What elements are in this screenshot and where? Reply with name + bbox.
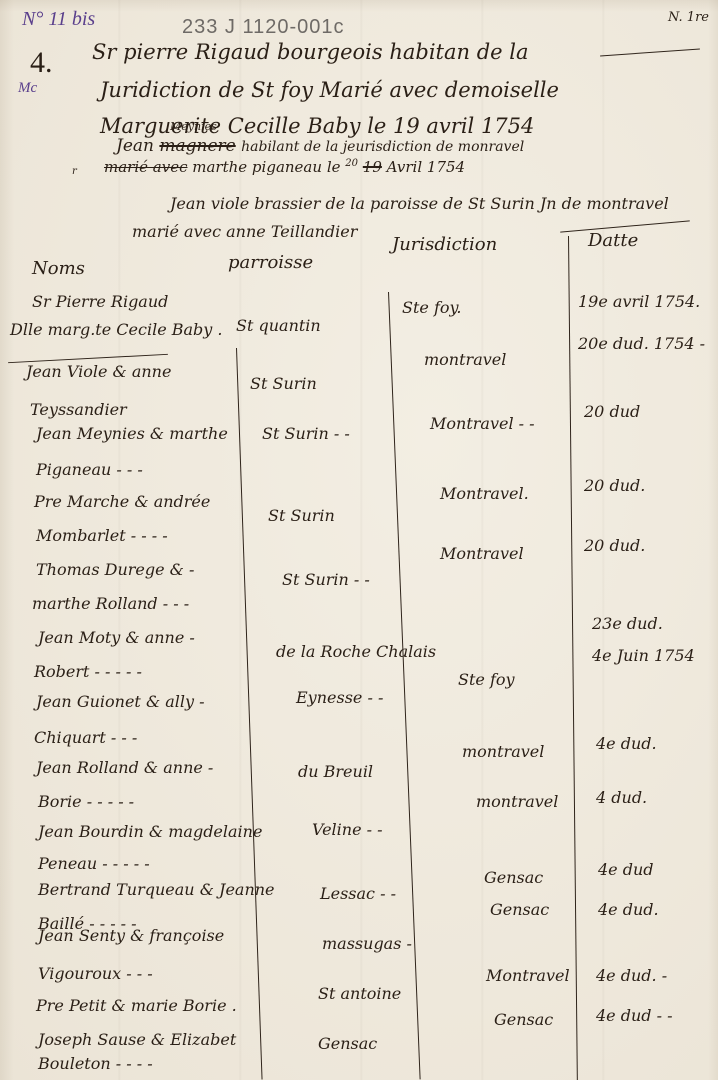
row-date: 4e Juin 1754 (592, 646, 695, 665)
row-parish: Lessac - - (320, 884, 396, 903)
inserted-surname: Meynies (170, 120, 217, 133)
row-parish: St Surin - - (282, 570, 370, 589)
row-name-line-2: Borie - - - - - (38, 792, 134, 811)
column-divider-2 (388, 292, 421, 1079)
row-jurisdiction: montravel (476, 792, 558, 811)
row-name-line-2: Teyssandier (30, 400, 127, 419)
row-name-line-1: Jean Meynies & marthe (36, 424, 228, 443)
row-jurisdiction: Gensac (484, 868, 543, 887)
column-divider-3 (568, 236, 578, 1080)
archive-number-label: N° 11 bis (22, 8, 95, 31)
row-date: 20 dud. (584, 536, 645, 555)
row-date: 4e dud - - (596, 1006, 673, 1025)
row-parish: St Surin (250, 374, 317, 393)
row-jurisdiction: Ste foy. (402, 298, 462, 317)
row-name-line-1: Pre Petit & marie Borie . (36, 996, 237, 1015)
struck-day: 19 (363, 158, 382, 176)
row-jurisdiction: Gensac (494, 1010, 553, 1029)
struck-word: magnere (159, 136, 235, 156)
manuscript-page: N° 11 bis 233 J 1120-001c N. 1re Mc 4. S… (0, 0, 718, 1080)
header-line-2: Juridiction de St foy Marié avec demoise… (100, 78, 559, 102)
header-line-4: Jean magnere habilant de la jeurisdictio… (116, 136, 524, 156)
line-filler-stroke (600, 49, 700, 57)
row-date: 20e dud. 1754 - (578, 334, 705, 353)
row-parish: du Breuil (298, 762, 373, 781)
column-header-noms: Noms (32, 258, 85, 279)
line4-first: Jean (116, 136, 154, 156)
archive-reference: 233 J 1120-001c (182, 16, 345, 39)
row-name-line-1: Pre Marche & andrée (34, 492, 210, 511)
row-name-line-2: marthe Rolland - - - (32, 594, 189, 613)
row-date: 20 dud (584, 402, 640, 421)
row-name-line-2: Piganeau - - - (36, 460, 143, 479)
row-parish: Gensac (318, 1034, 377, 1053)
row-date: 4e dud. (596, 734, 657, 753)
row-jurisdiction: Montravel (486, 966, 570, 985)
row-date: 4e dud. - (596, 966, 667, 985)
row-parish: Veline - - (312, 820, 383, 839)
line5-a: marié avec (104, 158, 187, 176)
column-header-parroisse: parroisse (228, 252, 313, 273)
row-name-line-1: Sr Pierre Rigaud (32, 292, 168, 311)
column-header-jurisdiction: Jurisdiction (392, 234, 497, 255)
row-jurisdiction: Montravel - - (430, 414, 535, 433)
row-date: 4e dud. (598, 900, 659, 919)
row-name-line-1: Jean Viole & anne (26, 362, 171, 381)
row-name-line-2: Vigouroux - - - (38, 964, 153, 983)
row-name-line-1: Jean Moty & anne - (38, 628, 195, 647)
row-parish: St Surin - - (262, 424, 350, 443)
row-name-line-1: Jean Rolland & anne - (36, 758, 213, 777)
row-parish: St quantin (236, 316, 321, 335)
corner-note: N. 1re (668, 10, 709, 25)
column-header-datte: Datte (588, 230, 638, 251)
row-name-line-1: Jean Bourdin & magdelaine (38, 822, 262, 841)
header-line-3: Marguerite Cecille Baby le 19 avril 1754 (100, 114, 534, 138)
line4-rest: habilant de la jeurisdiction de monravel (241, 139, 524, 155)
header-line-6: Jean viole brassier de la paroisse de St… (170, 194, 669, 213)
margin-mark: Mc (18, 80, 37, 97)
row-date: 4e dud (598, 860, 654, 879)
row-name-line-1: Jean Guionet & ally - (36, 692, 205, 711)
row-name-line-2: Robert - - - - - (34, 662, 142, 681)
row-parish: St antoine (318, 984, 401, 1003)
row-jurisdiction: montravel (424, 350, 506, 369)
line5-b: marthe piganeau (192, 158, 322, 176)
row-name-line-2: Dlle marg.te Cecile Baby . (10, 320, 223, 339)
row-name-line-2: Mombarlet - - - - (36, 526, 168, 545)
row-date: 4 dud. (596, 788, 647, 807)
row-name-line-1: Joseph Sause & Elizabet (38, 1030, 236, 1049)
row-jurisdiction: montravel (462, 742, 544, 761)
row-name-line-1: Thomas Durege & - (36, 560, 194, 579)
row-date: 23e dud. (592, 614, 663, 633)
row-parish: Eynesse - - (296, 688, 383, 707)
row-date: 19e avril 1754. (578, 292, 700, 311)
row-jurisdiction: Ste foy (458, 670, 515, 689)
line5-c: le (327, 158, 341, 176)
row-name-line-2: Chiquart - - - (34, 728, 137, 747)
row-parish: massugas - (322, 934, 412, 953)
row-name-line-2: Peneau - - - - - (38, 854, 150, 873)
row-name-line-1: Jean Senty & françoise (38, 926, 224, 945)
row-parish: de la Roche Chalais (276, 642, 436, 661)
row-jurisdiction: Montravel (440, 544, 524, 563)
row-name-line-2: Bouleton - - - - (38, 1054, 153, 1073)
header-line-5: marié avec marthe piganeau le 20 19 Avri… (104, 158, 465, 176)
row-parish: St Surin (268, 506, 335, 525)
row-jurisdiction: Montravel. (440, 484, 529, 503)
inserted-day: 20 (345, 158, 358, 169)
row-date: 20 dud. (584, 476, 645, 495)
row-name-line-1: Bertrand Turqueau & Jeanne (38, 880, 275, 899)
column-divider-1 (236, 348, 263, 1080)
line5-d: Avril 1754 (387, 158, 465, 176)
entry-number: 4. (30, 46, 53, 80)
row-jurisdiction: Gensac (490, 900, 549, 919)
line5-prefix: r (72, 166, 77, 177)
header-line-1: Sr pierre Rigaud bourgeois habitan de la (92, 40, 528, 64)
header-line-7: marié avec anne Teillandier (132, 222, 357, 241)
